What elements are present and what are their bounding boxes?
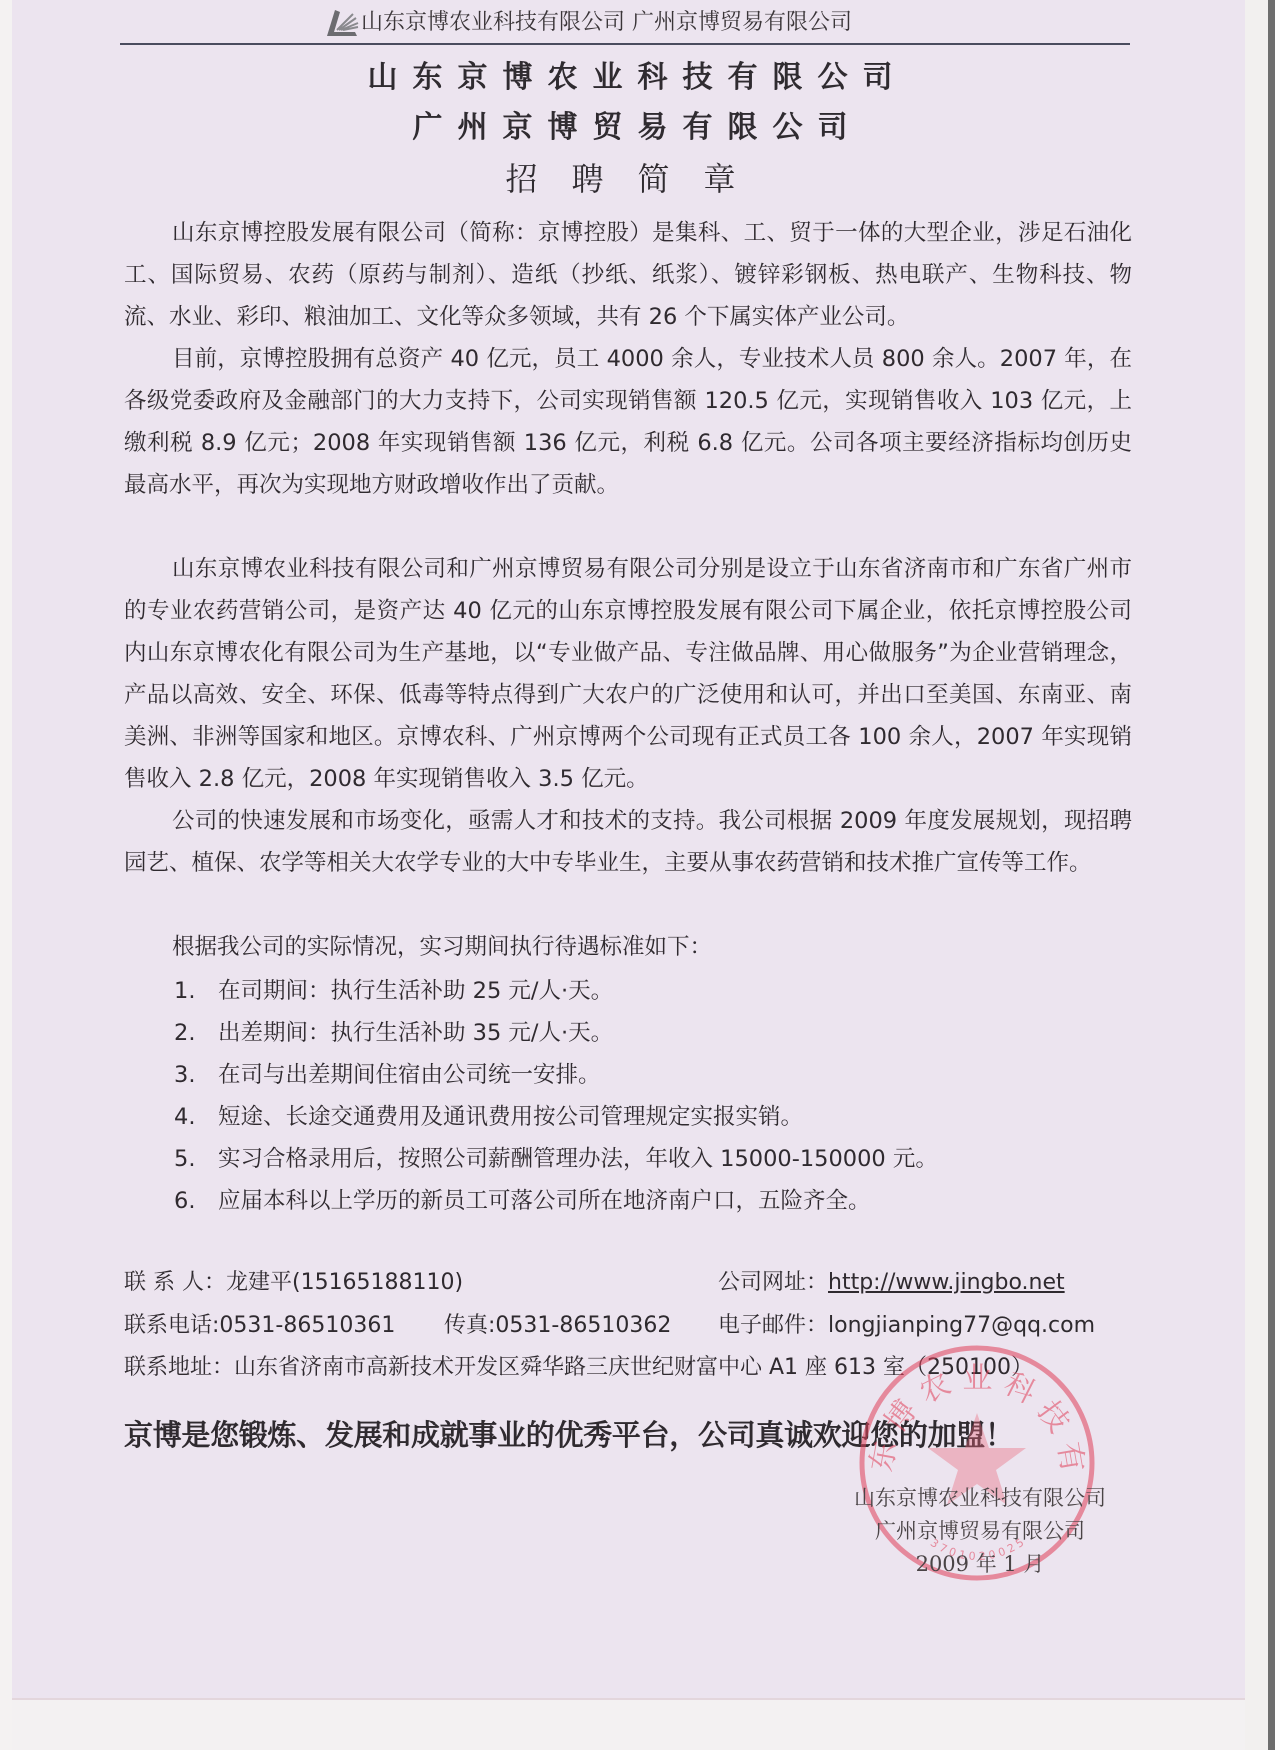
jingbo-logo-icon xyxy=(325,8,359,38)
paragraph-text: 山东京博农业科技有限公司和广州京博贸易有限公司分别是设立于山东省济南市和广东省广… xyxy=(124,548,1132,800)
paragraph-benefits-intro: 根据我公司的实际情况，实习期间执行待遇标准如下： xyxy=(124,926,1132,968)
signature-company-1: 山东京博农业科技有限公司 xyxy=(820,1482,1140,1515)
list-number: 4. xyxy=(174,1096,218,1138)
paragraph-text: 公司的快速发展和市场变化，亟需人才和技术的支持。我公司根据 2009 年度发展规… xyxy=(124,800,1132,884)
list-number: 3. xyxy=(174,1054,218,1096)
email-address[interactable]: longjianping77@qq.com xyxy=(828,1313,1095,1338)
list-text: 应届本科以上学历的新员工可落公司所在地济南户口，五险齐全。 xyxy=(218,1180,871,1222)
website-link[interactable]: http://www.jingbo.net xyxy=(828,1270,1065,1295)
website-label: 公司网址： xyxy=(718,1270,828,1295)
letterhead: 山东京博农业科技有限公司 广州京博贸易有限公司 xyxy=(325,2,852,38)
paragraph-recruitment: 公司的快速发展和市场变化，亟需人才和技术的支持。我公司根据 2009 年度发展规… xyxy=(124,800,1132,884)
list-item: 4.短途、长途交通费用及通讯费用按公司管理规定实报实销。 xyxy=(174,1096,1074,1138)
paragraph-intro: 山东京博控股发展有限公司（简称：京博控股）是集科、工、贸于一体的大型企业，涉足石… xyxy=(124,212,1132,338)
paragraph-text: 根据我公司的实际情况，实习期间执行待遇标准如下： xyxy=(124,926,1132,968)
paragraph-text: 目前，京博控股拥有总资产 40 亿元，员工 4000 余人，专业技术人员 800… xyxy=(124,338,1132,506)
list-item: 3.在司与出差期间住宿由公司统一安排。 xyxy=(174,1054,1074,1096)
paragraph-companies: 山东京博农业科技有限公司和广州京博贸易有限公司分别是设立于山东省济南市和广东省广… xyxy=(124,548,1132,800)
contact-person: 联 系 人：龙建平(15165188110) xyxy=(124,1262,463,1304)
list-item: 2.出差期间：执行生活补助 35 元/人·天。 xyxy=(174,1012,1074,1054)
signature-date: 2009 年 1 月 xyxy=(820,1548,1140,1581)
list-text: 在司期间：执行生活补助 25 元/人·天。 xyxy=(218,970,613,1012)
benefits-list: 1.在司期间：执行生活补助 25 元/人·天。 2.出差期间：执行生活补助 35… xyxy=(174,970,1074,1222)
contact-phone: 联系电话:0531-86510361 xyxy=(124,1305,395,1347)
list-number: 5. xyxy=(174,1138,218,1180)
list-text: 出差期间：执行生活补助 35 元/人·天。 xyxy=(218,1012,613,1054)
list-number: 6. xyxy=(174,1180,218,1222)
signature-block: 山东京博农业科技有限公司 广州京博贸易有限公司 2009 年 1 月 xyxy=(820,1482,1140,1581)
list-item: 1.在司期间：执行生活补助 25 元/人·天。 xyxy=(174,970,1074,1012)
scan-left-margin xyxy=(0,0,12,1750)
list-text: 实习合格录用后，按照公司薪酬管理办法，年收入 15000-150000 元。 xyxy=(218,1138,938,1180)
document-title: 招聘简章 xyxy=(0,154,1275,200)
paragraph-text: 山东京博控股发展有限公司（简称：京博控股）是集科、工、贸于一体的大型企业，涉足石… xyxy=(124,212,1132,338)
list-text: 短途、长途交通费用及通讯费用按公司管理规定实报实销。 xyxy=(218,1096,803,1138)
title-company-2: 广州京博贸易有限公司 xyxy=(0,102,1275,146)
list-text: 在司与出差期间住宿由公司统一安排。 xyxy=(218,1054,601,1096)
scan-shadow xyxy=(1268,0,1275,1750)
list-number: 1. xyxy=(174,970,218,1012)
paragraph-assets: 目前，京博控股拥有总资产 40 亿元，员工 4000 余人，专业技术人员 800… xyxy=(124,338,1132,506)
website-row: 公司网址：http://www.jingbo.net xyxy=(718,1262,1065,1304)
title-company-1: 山东京博农业科技有限公司 xyxy=(0,52,1275,96)
email-label: 电子邮件： xyxy=(718,1313,828,1338)
list-number: 2. xyxy=(174,1012,218,1054)
contact-fax: 传真:0531-86510362 xyxy=(444,1305,671,1347)
list-item: 5.实习合格录用后，按照公司薪酬管理办法，年收入 15000-150000 元。 xyxy=(174,1138,1074,1180)
signature-company-2: 广州京博贸易有限公司 xyxy=(820,1515,1140,1548)
letterhead-text: 山东京博农业科技有限公司 广州京博贸易有限公司 xyxy=(361,8,852,38)
page-edge xyxy=(12,1698,1245,1700)
list-item: 6.应届本科以上学历的新员工可落公司所在地济南户口，五险齐全。 xyxy=(174,1180,1074,1222)
header-divider xyxy=(120,43,1130,45)
